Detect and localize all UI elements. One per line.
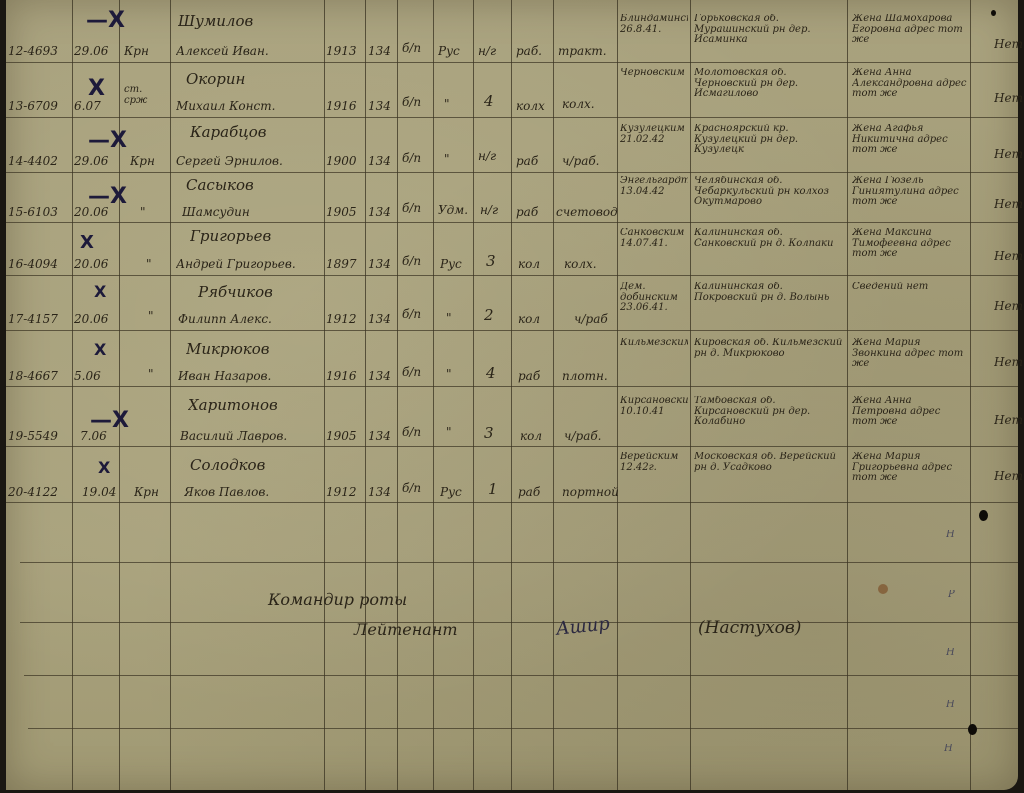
party: б/п bbox=[402, 426, 421, 439]
party: б/п bbox=[402, 308, 421, 321]
grid-line bbox=[433, 0, 434, 790]
education: 4 bbox=[484, 94, 494, 110]
grid-line bbox=[6, 446, 1018, 447]
grid-line bbox=[511, 0, 512, 790]
record-date: 29.06 bbox=[74, 45, 108, 58]
grid-line bbox=[847, 0, 848, 790]
given-name: Шамсудин bbox=[182, 206, 250, 219]
unit: 134 bbox=[368, 486, 391, 499]
social: кол bbox=[518, 313, 540, 326]
profession: ч/раб. bbox=[564, 430, 601, 443]
surname: Рябчиков bbox=[198, 285, 273, 301]
social: раб bbox=[518, 486, 540, 499]
grid-line bbox=[6, 117, 1018, 118]
birth-year: 1900 bbox=[326, 155, 357, 168]
profession: колх. bbox=[562, 98, 595, 111]
birthplace: Молотовская об. Черновский рн дер. Исмаг… bbox=[694, 68, 846, 100]
given-name: Андрей Григорьев. bbox=[176, 258, 296, 271]
note: Нет bbox=[994, 92, 1023, 105]
party: б/п bbox=[402, 255, 421, 268]
record-date: 5.06 bbox=[74, 370, 101, 383]
relatives: Жена Шамохарова Егоровна адрес тот же bbox=[852, 14, 968, 46]
drafted: Верейским 12.42г. bbox=[620, 452, 688, 473]
note: Нет bbox=[994, 300, 1023, 313]
birth-year: 1897 bbox=[326, 258, 357, 271]
record-date: 19.04 bbox=[82, 486, 116, 499]
grid-line bbox=[20, 562, 1018, 563]
note: Нет bbox=[994, 356, 1023, 369]
grid-line bbox=[6, 62, 1018, 63]
drafted: Кузулецким 21.02.42 bbox=[620, 124, 688, 145]
social: раб bbox=[516, 155, 538, 168]
profession: счетовод bbox=[556, 206, 618, 219]
grid-line bbox=[553, 0, 554, 790]
grid-line bbox=[324, 0, 325, 790]
record-number: 19-5549 bbox=[8, 430, 58, 443]
education: 2 bbox=[484, 308, 494, 324]
pencil-mark: Р bbox=[948, 590, 955, 601]
record-rank: " bbox=[148, 368, 154, 381]
note: Нет bbox=[994, 38, 1023, 51]
education: 1 bbox=[488, 482, 498, 498]
grid-line bbox=[24, 675, 1018, 676]
birth-year: 1905 bbox=[326, 430, 357, 443]
birthplace: Тамбовская об. Кирсановский рн дер. Кола… bbox=[694, 396, 846, 428]
given-name: Алексей Иван. bbox=[176, 45, 269, 58]
grid-line bbox=[473, 0, 474, 790]
check-mark-icon: Х bbox=[80, 232, 94, 253]
stain bbox=[878, 584, 888, 594]
relatives: Жена Максина Тимофеевна адрес тот же bbox=[852, 228, 968, 260]
grid-line bbox=[690, 0, 691, 790]
unit: 134 bbox=[368, 313, 391, 326]
drafted: Энгельгардтским 13.04.42 bbox=[620, 176, 688, 197]
profession: тракт. bbox=[558, 45, 607, 58]
surname: Карабцов bbox=[190, 125, 266, 141]
relatives: Жена Анна Александровна адрес тот же bbox=[852, 68, 968, 100]
unit: 134 bbox=[368, 100, 391, 113]
record-number: 18-4667 bbox=[8, 370, 58, 383]
grid-line bbox=[170, 0, 171, 790]
record-rank: " bbox=[146, 258, 152, 271]
education: н/г bbox=[478, 45, 496, 58]
given-name: Иван Назаров. bbox=[178, 370, 271, 383]
punch-hole bbox=[979, 510, 988, 521]
given-name: Яков Павлов. bbox=[184, 486, 269, 499]
unit: 134 bbox=[368, 206, 391, 219]
record-date: 29.06 bbox=[74, 155, 108, 168]
nationality: Удм. bbox=[438, 204, 468, 217]
check-mark-icon: Х bbox=[94, 282, 106, 301]
grid-line bbox=[970, 0, 971, 790]
record-rank: ст. срж bbox=[124, 85, 164, 106]
punch-hole bbox=[968, 724, 977, 735]
education: 3 bbox=[486, 254, 496, 270]
birthplace: Калининская об. Покровский рн д. Волынь bbox=[694, 282, 846, 303]
drafted: Блиндаминским 26.8.41. bbox=[620, 14, 688, 35]
education: 4 bbox=[486, 366, 496, 382]
nationality: " bbox=[444, 98, 450, 111]
grid-line bbox=[6, 386, 1018, 387]
commander-title: Командир роты bbox=[268, 590, 407, 609]
pencil-mark: Н bbox=[946, 530, 955, 541]
surname: Микрюков bbox=[186, 342, 270, 358]
record-rank: Крн bbox=[130, 155, 155, 168]
birthplace: Кировская об. Кильмезский рн д. Микрюков… bbox=[694, 338, 846, 359]
grid-line bbox=[72, 0, 73, 790]
birthplace: Горьковская об. Мурашинский рн дер. Исам… bbox=[694, 14, 846, 46]
unit: 134 bbox=[368, 370, 391, 383]
surname: Харитонов bbox=[188, 398, 278, 414]
grid-line bbox=[6, 330, 1018, 331]
check-mark-icon: —Х bbox=[88, 184, 127, 209]
education: н/г bbox=[480, 204, 498, 217]
check-mark-icon: —Х bbox=[86, 8, 125, 33]
birth-year: 1916 bbox=[326, 370, 357, 383]
drafted: Кильмезским bbox=[620, 338, 688, 349]
check-mark-icon: Х bbox=[88, 76, 105, 101]
note: Нет bbox=[994, 250, 1023, 263]
nationality: " bbox=[446, 426, 452, 439]
record-number: 15-6103 bbox=[8, 206, 58, 219]
social: кол bbox=[520, 430, 542, 443]
record-number: 17-4157 bbox=[8, 313, 58, 326]
grid-line bbox=[6, 275, 1018, 276]
relatives: Жена Гюзель Гиниятулина адрес тот же bbox=[852, 176, 968, 208]
nationality: Рус bbox=[438, 45, 460, 58]
grid-line bbox=[365, 0, 366, 790]
signature: Ашир bbox=[555, 613, 611, 640]
drafted: Дем. добинским 23.06.41. bbox=[620, 282, 688, 314]
nationality: Рус bbox=[440, 258, 462, 271]
birthplace: Калининская об. Санковский рн д. Колпаки bbox=[694, 228, 846, 249]
education: 3 bbox=[484, 426, 494, 442]
record-date: 20.06 bbox=[74, 313, 108, 326]
party: б/п bbox=[402, 202, 421, 215]
grid-line bbox=[119, 0, 120, 790]
given-name: Сергей Эрнилов. bbox=[176, 155, 283, 168]
nationality: " bbox=[444, 153, 450, 166]
record-rank: " bbox=[140, 206, 146, 219]
profession: портной bbox=[562, 486, 619, 499]
surname: Окорин bbox=[186, 72, 245, 88]
education: н/г bbox=[478, 150, 496, 163]
profession: плотн. bbox=[562, 370, 608, 383]
birth-year: 1916 bbox=[326, 100, 357, 113]
nationality: Рус bbox=[440, 486, 462, 499]
given-name: Михаил Конст. bbox=[176, 100, 275, 113]
unit: 134 bbox=[368, 258, 391, 271]
social: раб bbox=[516, 206, 538, 219]
note: Нет bbox=[994, 470, 1023, 483]
social: раб bbox=[518, 370, 540, 383]
unit: 134 bbox=[368, 155, 391, 168]
record-date: 20.06 bbox=[74, 258, 108, 271]
relatives: Жена Мария Григорьевна адрес тот же bbox=[852, 452, 968, 484]
grid-line bbox=[397, 0, 398, 790]
check-mark-icon: —Х bbox=[90, 408, 129, 433]
pencil-mark: Н bbox=[946, 700, 955, 711]
record-number: 20-4122 bbox=[8, 486, 58, 499]
surname: Солодков bbox=[190, 458, 265, 474]
profession: ч/раб. bbox=[562, 155, 599, 168]
pencil-mark: Н bbox=[946, 648, 955, 659]
record-number: 16-4094 bbox=[8, 258, 58, 271]
check-mark-icon: Х bbox=[98, 458, 110, 477]
signatory-name: (Настухов) bbox=[698, 618, 801, 638]
surname: Григорьев bbox=[190, 229, 271, 245]
birth-year: 1912 bbox=[326, 486, 357, 499]
drafted: Кирсановским 10.10.41 bbox=[620, 396, 688, 417]
birthplace: Красноярский кр. Кузулецкий рн дер. Кузу… bbox=[694, 124, 846, 156]
grid-line bbox=[6, 222, 1018, 223]
grid-line bbox=[617, 0, 618, 790]
given-name: Василий Лавров. bbox=[180, 430, 287, 443]
nationality: " bbox=[446, 312, 452, 325]
birthplace: Московская об. Верейский рн д. Усадково bbox=[694, 452, 846, 473]
party: б/п bbox=[402, 366, 421, 379]
surname: Сасыков bbox=[186, 178, 254, 194]
party: б/п bbox=[402, 96, 421, 109]
note: Нет bbox=[994, 414, 1023, 427]
record-rank: " bbox=[148, 310, 154, 323]
unit: 134 bbox=[368, 430, 391, 443]
document-sheet: 12-4693 29.06 Крн Шумилов Алексей Иван. … bbox=[6, 0, 1018, 790]
relatives: Жена Анна Петровна адрес тот же bbox=[852, 396, 968, 428]
commander-rank: Лейтенант bbox=[354, 620, 458, 639]
record-date: 6.07 bbox=[74, 100, 101, 113]
birth-year: 1913 bbox=[326, 45, 357, 58]
record-number: 12-4693 bbox=[8, 45, 58, 58]
unit: 134 bbox=[368, 45, 391, 58]
grid-line bbox=[28, 728, 1018, 729]
record-number: 13-6709 bbox=[8, 100, 58, 113]
party: б/п bbox=[402, 482, 421, 495]
check-mark-icon: Х bbox=[94, 340, 106, 359]
record-number: 14-4402 bbox=[8, 155, 58, 168]
punch-hole bbox=[991, 10, 996, 16]
profession: колх. bbox=[564, 258, 597, 271]
birth-year: 1905 bbox=[326, 206, 357, 219]
grid-line bbox=[6, 172, 1018, 173]
birthplace: Челябинская об. Чебаркульский рн колхоз … bbox=[694, 176, 846, 208]
drafted: Санковским 14.07.41. bbox=[620, 228, 688, 249]
grid-line bbox=[20, 622, 1018, 623]
relatives: Жена Агафья Никитична адрес тот же bbox=[852, 124, 968, 156]
note: Нет bbox=[994, 198, 1023, 211]
social: колх bbox=[516, 100, 545, 113]
birth-year: 1912 bbox=[326, 313, 357, 326]
note: Нет bbox=[994, 148, 1023, 161]
given-name: Филипп Алекс. bbox=[178, 313, 272, 326]
record-rank: Крн bbox=[134, 486, 159, 499]
surname: Шумилов bbox=[178, 14, 253, 30]
social: раб. bbox=[516, 45, 542, 58]
party: б/п bbox=[402, 42, 421, 55]
social: кол bbox=[518, 258, 540, 271]
check-mark-icon: —Х bbox=[88, 128, 127, 153]
grid-line bbox=[6, 502, 1018, 503]
relatives: Жена Мария Звонкина адрес тот же bbox=[852, 338, 968, 370]
drafted: Черновским bbox=[620, 68, 688, 79]
relatives: Сведений нет bbox=[852, 282, 968, 293]
pencil-mark: Н bbox=[944, 744, 953, 755]
nationality: " bbox=[446, 368, 452, 381]
record-rank: Крн bbox=[124, 45, 149, 58]
party: б/п bbox=[402, 152, 421, 165]
profession: ч/раб bbox=[574, 313, 608, 326]
